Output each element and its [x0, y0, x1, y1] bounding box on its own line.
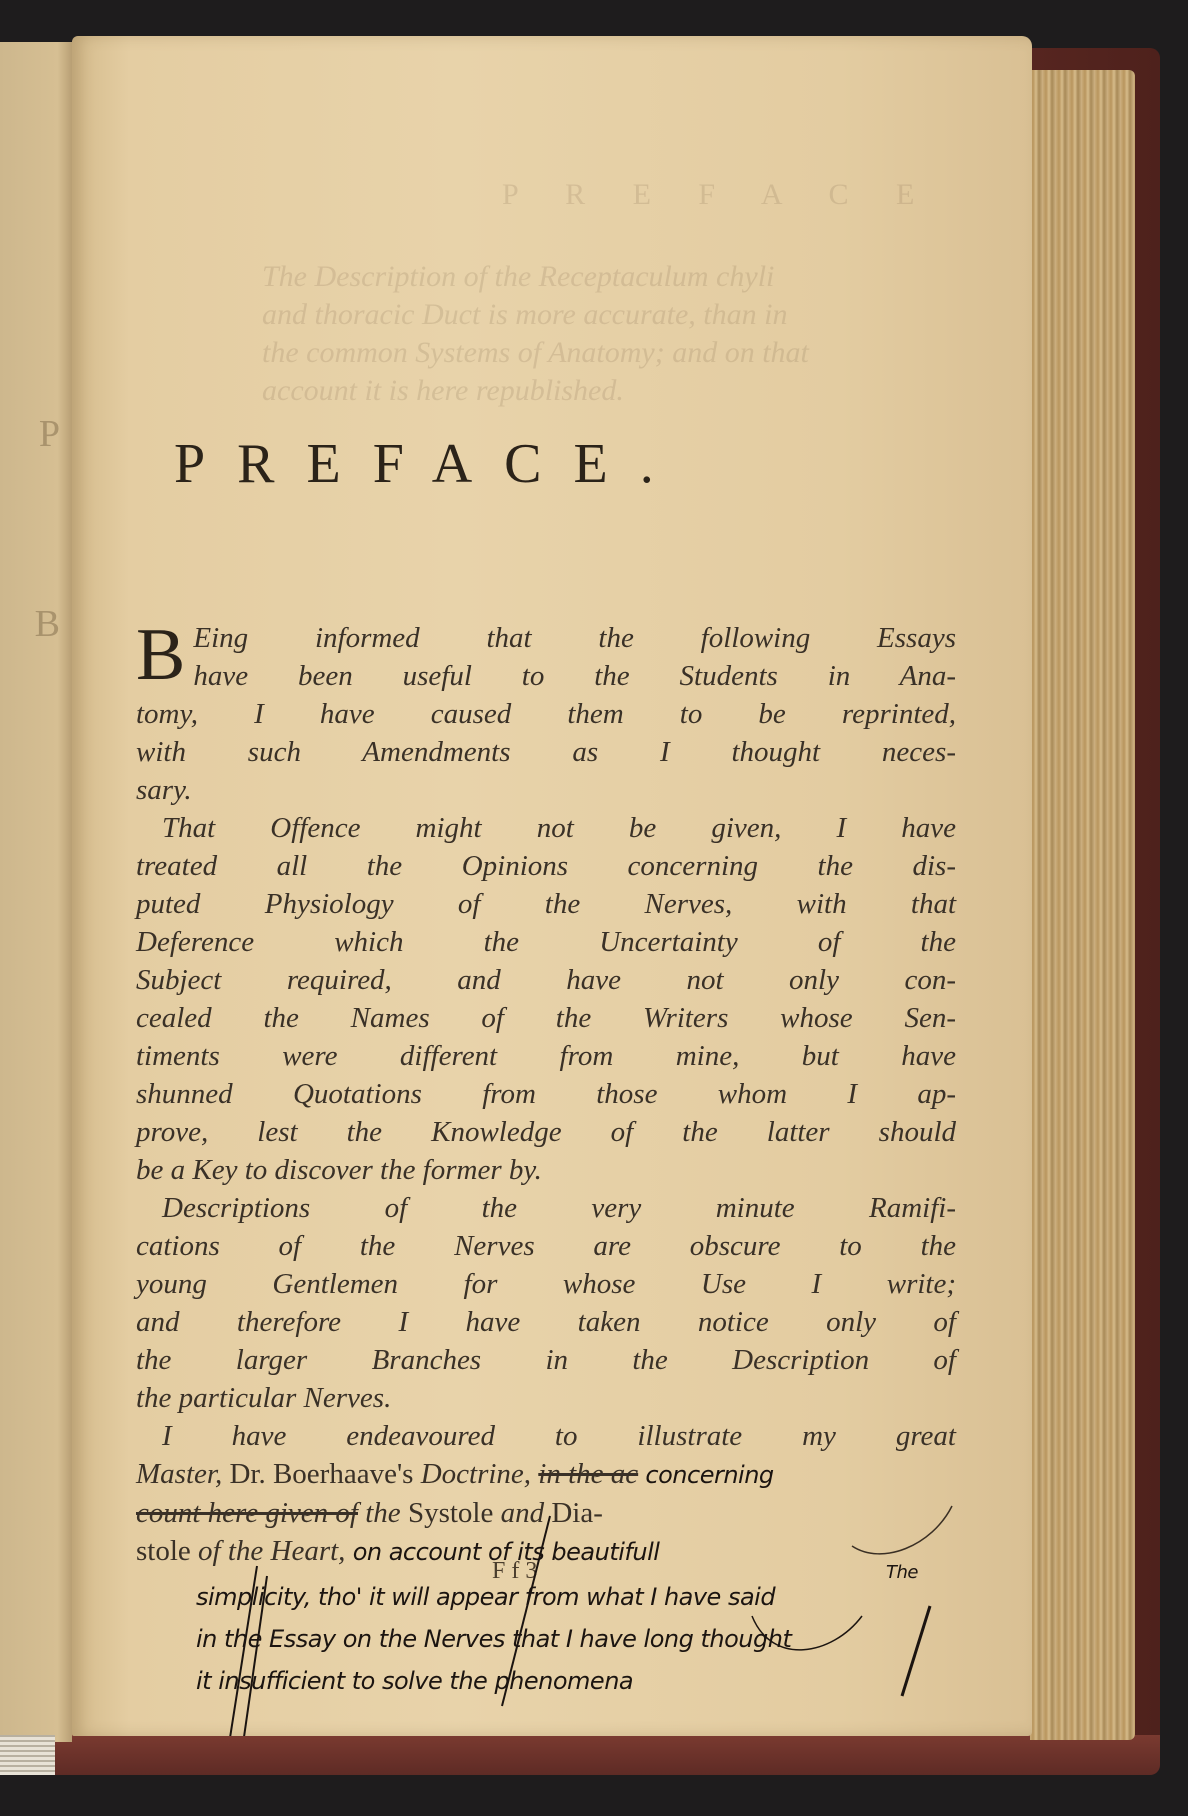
left-page-ghost-dropcap: B [0, 602, 60, 646]
headband-stitching [0, 1735, 55, 1775]
left-page-ghost-heading: P [0, 412, 60, 456]
facing-left-page: P B [0, 42, 72, 1742]
pen-strokes-icon [72, 36, 1032, 1736]
book-cover-bottom-edge [40, 1735, 1160, 1775]
book-page: P R E F A C E The Description of the Rec… [72, 36, 1032, 1736]
